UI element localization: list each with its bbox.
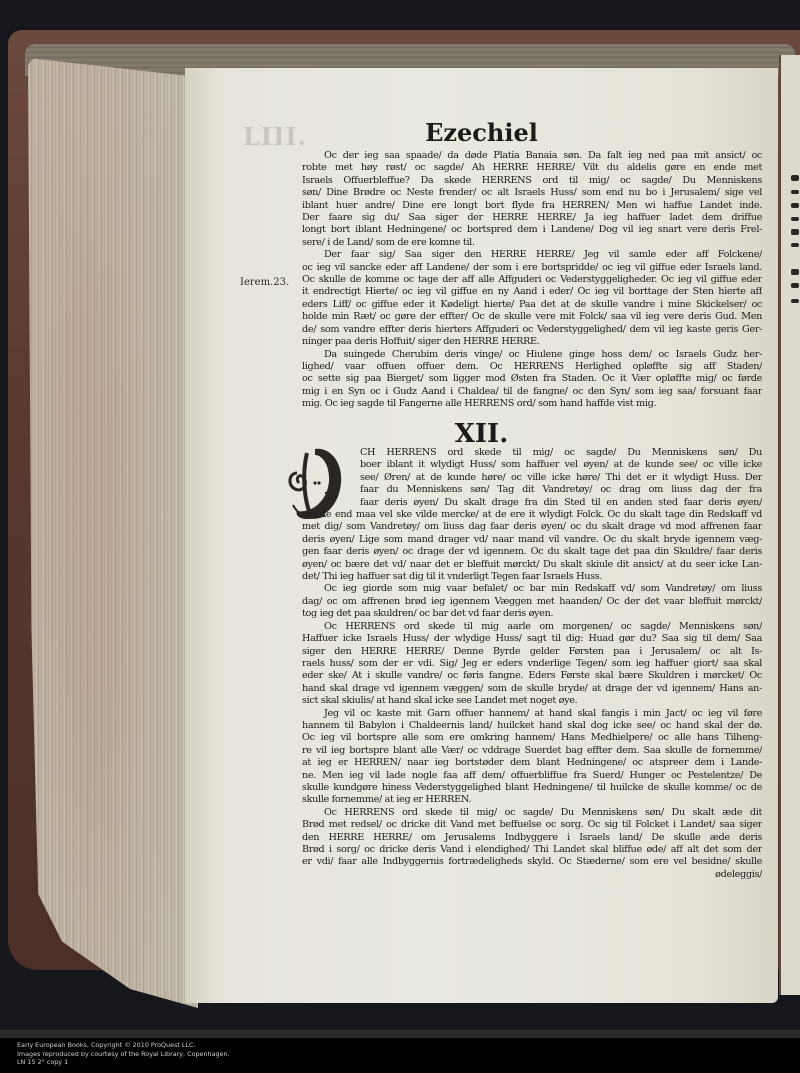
text-line: det/ Thi ieg haffuer sat dig til it vnde… <box>302 571 762 583</box>
text-line: Oc skulle de komme oc tage der aff alle … <box>302 274 762 286</box>
chapter-text-block: CH HERRENS ord skede til mig/ oc sagde/ … <box>302 447 762 881</box>
text-line: faar deris øyen/ Du skalt drage fra din … <box>302 497 762 509</box>
text-line: raels huss/ som der er vdi. Sig/ Jeg er … <box>302 658 762 670</box>
facing-page-edge <box>779 55 800 995</box>
text-line: oc sette sig paa Bierget/ som ligger mod… <box>302 373 762 385</box>
margin-note: Ierem.23. <box>240 277 289 288</box>
text-line: gen faar deris øyen/ oc drage der vd ige… <box>302 546 762 558</box>
text-line: dag/ oc om affrenen brød ieg igennem Væg… <box>302 596 762 608</box>
text-line: skulle fornemme/ at ieg er HERREN. <box>302 794 762 806</box>
text-line: Oc ieg vil bortspre alle som ere omkring… <box>302 732 762 744</box>
text-line: skulle kundgøre hiness Vederstyggelighed… <box>302 782 762 794</box>
text-line: Oc HERRENS ord skede til mig aarle om mo… <box>302 621 762 633</box>
text-line: boer iblant it wlydigt Huss/ som haffuer… <box>302 459 762 471</box>
courtesy-line: Images reproduced by courtesy of the Roy… <box>17 1050 230 1059</box>
text-line: øyen/ oc bære det vd/ naar det er bleffu… <box>302 559 762 571</box>
text-line: siger den HERRE HERRE/ Denne Byrde gelde… <box>302 646 762 658</box>
running-head: Ezechiel <box>185 118 778 147</box>
copyright-line: Early European Books, Copyright © 2010 P… <box>17 1041 230 1050</box>
body-text-block: Oc der ieg saa spaade/ da døde Platia Ba… <box>302 150 762 411</box>
text-line: met dig/ som Vandretøy/ om liuss dag faa… <box>302 521 762 533</box>
text-line: søn/ Dine Brødre oc Neste frender/ oc al… <box>302 187 762 199</box>
text-line: Oc ieg giorde som mig vaar befalet/ oc b… <box>302 583 762 595</box>
text-line: eder ske/ At i skulle vandre/ oc føris f… <box>302 670 762 682</box>
text-line: ninger paa deris Hoffuit/ siger den HERR… <box>302 336 762 348</box>
text-line: Der faare sig du/ Saa siger der HERRE HE… <box>302 212 762 224</box>
text-line: Da suingede Cherubim deris vinge/ oc Hiu… <box>302 349 762 361</box>
book-page: LIII. Ezechiel Ierem.23. Oc der ieg saa … <box>185 68 778 1003</box>
page-fore-edge <box>28 58 198 1008</box>
text-line: sere/ i de Land/ som de ere komne til. <box>302 237 762 249</box>
text-line: mig. Oc ieg sagde til Fangerne alle HERR… <box>302 398 762 410</box>
book-scan: LIII. Ezechiel Ierem.23. Oc der ieg saa … <box>0 0 800 1030</box>
text-line: den HERRE HERRE/ om Jerusalems Indbygger… <box>302 832 762 844</box>
text-line: Der faar sig/ Saa siger den HERRE HERRE/… <box>302 249 762 261</box>
text-line: hand skal drage vd igennem væggen/ som d… <box>302 683 762 695</box>
text-line: deris øyen/ Lige som mand drager vd/ naa… <box>302 534 762 546</box>
text-line: it endrectigt Hierte/ oc ieg vil giffue … <box>302 286 762 298</box>
text-line: tog ieg det paa skuldren/ oc bar det vd … <box>302 608 762 620</box>
shelfmark-line: LN 15 2° copy 1 <box>17 1058 230 1067</box>
text-line: Oc der ieg saa spaade/ da døde Platia Ba… <box>302 150 762 162</box>
chapter-heading: XII. <box>185 419 778 449</box>
text-line: robte met høy røst/ oc sagde/ Ah HERRE H… <box>302 162 762 174</box>
footer-divider <box>0 1030 800 1038</box>
copyright-footer: Early European Books, Copyright © 2010 P… <box>0 1030 800 1073</box>
text-line: at ieg er HERREN/ naar ieg bortstøder de… <box>302 757 762 769</box>
text-line: de/ som vandre effter deris hierters Aff… <box>302 324 762 336</box>
text-line: Israels Offuerbleffue? Da skede HERRENS … <box>302 175 762 187</box>
text-line: re vil ieg bortspre blant alle Vær/ oc v… <box>302 745 762 757</box>
text-line: holde min Ræt/ oc gøre der effter/ Oc de… <box>302 311 762 323</box>
text-line: eders Liff/ oc giffue eder it Kødeligt h… <box>302 299 762 311</box>
text-line: hannem til Babylon i Chaldeernis land/ h… <box>302 720 762 732</box>
text-line: longt bort iblant Hedningene/ oc bortspr… <box>302 224 762 236</box>
text-line: ne. Men ieg vil lade nogle faa aff dem/ … <box>302 770 762 782</box>
text-line: om de end maa vel ske vilde mercke/ at d… <box>302 509 762 521</box>
text-line: iblant huer andre/ Dine ere longt bort f… <box>302 200 762 212</box>
text-line: Oc HERRENS ord skede til mig/ oc sagde/ … <box>302 807 762 819</box>
text-line: Haffuer icke Israels Huss/ der wlydige H… <box>302 633 762 645</box>
text-line-catchword: ødeleggis/ <box>302 869 762 881</box>
text-line: lighed/ vaar offuen offuer dem. Oc HERRE… <box>302 361 762 373</box>
text-line: Brød i sorg/ oc dricke deris Vand i elen… <box>302 844 762 856</box>
text-line: er vdi/ faar alle Indbyggernis fortrædel… <box>302 856 762 868</box>
text-line: sict skal skiulis/ at hand skal icke see… <box>302 695 762 707</box>
text-line: oc ieg vil sancke eder aff Landene/ der … <box>302 262 762 274</box>
text-line: faar du Menniskens søn/ Tag dit Vandretø… <box>302 484 762 496</box>
text-line: mig i en Syn oc i Gudz Aand i Chaldea/ t… <box>302 386 762 398</box>
text-line: Brød met redsel/ oc dricke dit Vand met … <box>302 819 762 831</box>
text-line: CH HERRENS ord skede til mig/ oc sagde/ … <box>302 447 762 459</box>
text-line: see/ Øren/ at de kunde høre/ oc ville ic… <box>302 472 762 484</box>
text-line: Jeg vil oc kaste mit Garn offuer hannem/… <box>302 708 762 720</box>
